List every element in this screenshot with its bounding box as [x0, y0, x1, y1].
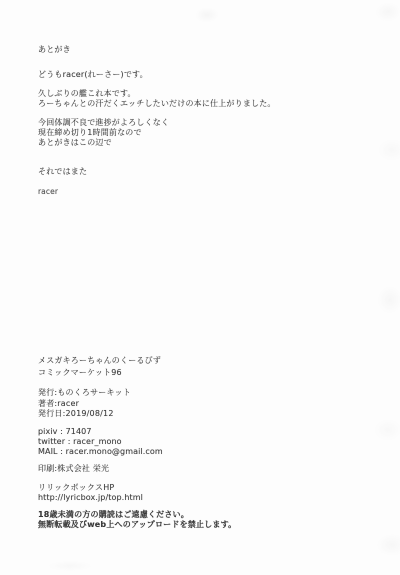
- event-name: コミックマーケット96: [38, 368, 122, 378]
- author-line: 著者:racer: [38, 399, 79, 409]
- afterword-body-line: ろーちゃんとの汗だくエッチしたいだけの本に仕上がりました。: [38, 99, 276, 109]
- afterword-title: あとがき: [38, 45, 71, 55]
- mail-address-line: MAIL : racer.mono@gmail.com: [38, 447, 163, 457]
- afterword-body-line: あとがきはこの辺で: [38, 138, 112, 148]
- printer-site-url: http://lyricbox.jp/top.html: [38, 493, 143, 503]
- twitter-handle-line: twitter : racer_mono: [38, 437, 122, 447]
- afterword-body-line: 久しぶりの艦これ本です。: [38, 89, 136, 99]
- no-repost-notice: 無断転載及びweb上へのアップロードを禁止します。: [38, 520, 236, 530]
- greeting-line: どうもracer(れーさー)です。: [38, 70, 148, 80]
- publish-date-line: 発行日:2019/08/12: [38, 409, 114, 419]
- afterword-body-line: 現在締め切り1時間前なので: [38, 128, 142, 138]
- author-signature: racer: [38, 187, 58, 197]
- scan-smudge-bottom: [40, 559, 100, 573]
- printer-site-name: リリックボックスHP: [38, 483, 114, 493]
- age-restriction-notice: 18歳未満の方の購読はご遠慮ください。: [38, 510, 189, 520]
- book-title: メスガキろーちゃんのくーるびず: [38, 356, 161, 366]
- scan-smudge-top: [190, 4, 224, 26]
- scanned-page: あとがき どうもracer(れーさー)です。 久しぶりの艦これ本です。 ろーちゃ…: [0, 0, 400, 575]
- afterword-body-line: 今回体調不良で進捗がよろしくなく: [38, 118, 169, 128]
- closing-line: それではまた: [38, 167, 87, 177]
- printer-line: 印刷:株式会社 栄光: [38, 464, 109, 474]
- scan-smudge-right-edge: [358, 0, 400, 575]
- pixiv-id-line: pixiv : 71407: [38, 427, 92, 437]
- publisher-line: 発行:ものくろサーキット: [38, 388, 131, 398]
